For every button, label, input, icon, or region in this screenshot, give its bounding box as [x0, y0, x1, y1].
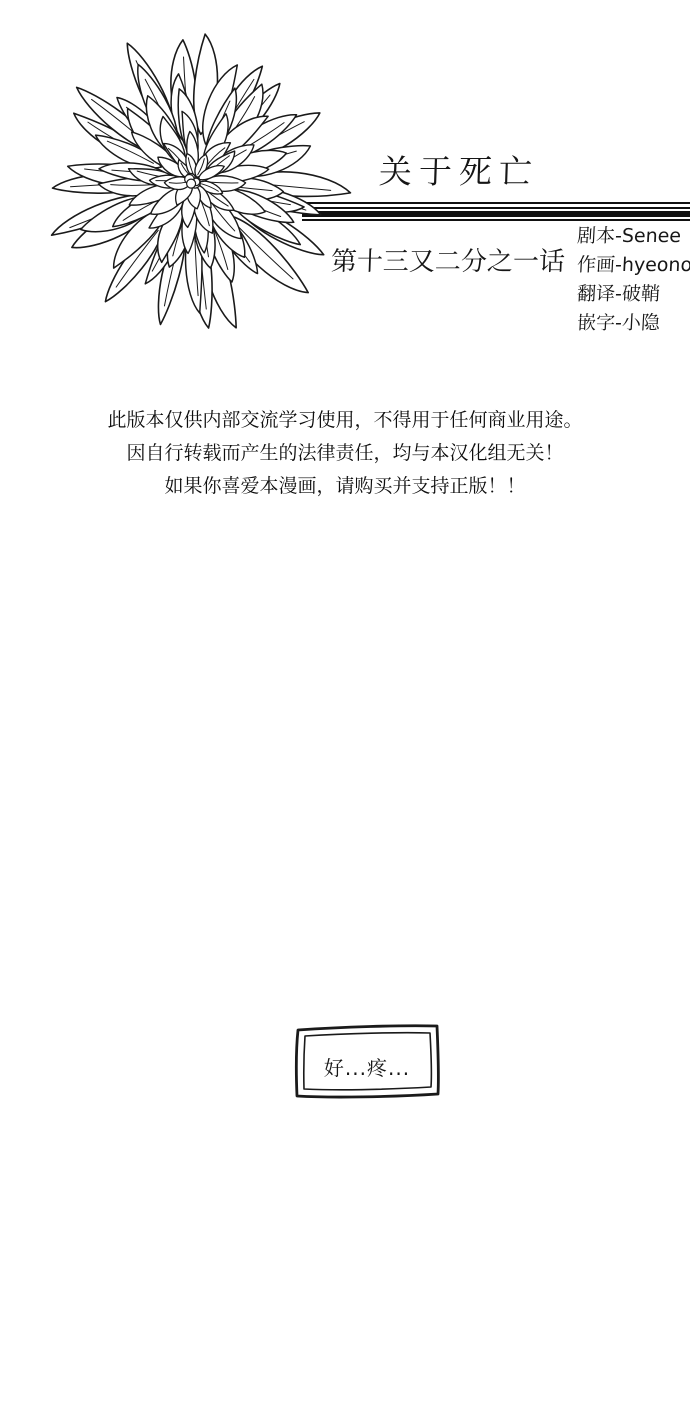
speech-box: 好...疼... [291, 1021, 443, 1101]
credit-art: 作画-hyeono [576, 251, 690, 280]
disclaimer-block: 此版本仅供内部交流学习使用，不得用于任何商业用途。 因自行转载而产生的法律责任，… [0, 404, 690, 503]
comic-page: 关于死亡 第十三又二分之一话 剧本-Senee 作画-hyeono 翻译-破鞘 … [0, 0, 690, 1404]
series-title: 关于死亡 [378, 146, 540, 193]
disclaimer-line-3: 如果你喜爱本漫画，请购买并支持正版！！ [0, 470, 690, 503]
chapter-title: 第十三又二分之一话 [330, 241, 565, 278]
disclaimer-line-1: 此版本仅供内部交流学习使用，不得用于任何商业用途。 [0, 404, 690, 437]
disclaimer-line-2: 因自行转载而产生的法律责任，均与本汉化组无关！ [0, 437, 690, 470]
speech-text: 好...疼... [291, 1052, 443, 1081]
credits-block: 剧本-Senee 作画-hyeono 翻译-破鞘 嵌字-小隐 [577, 222, 690, 338]
credit-translation: 翻译-破鞘 [576, 280, 690, 309]
title-divider-rule [302, 202, 690, 221]
credit-script: 剧本-Senee [576, 222, 690, 251]
chrysanthemum-illustration [35, 20, 355, 340]
chrysanthemum-icon [35, 20, 355, 340]
credit-typesetting: 嵌字-小隐 [576, 309, 690, 338]
